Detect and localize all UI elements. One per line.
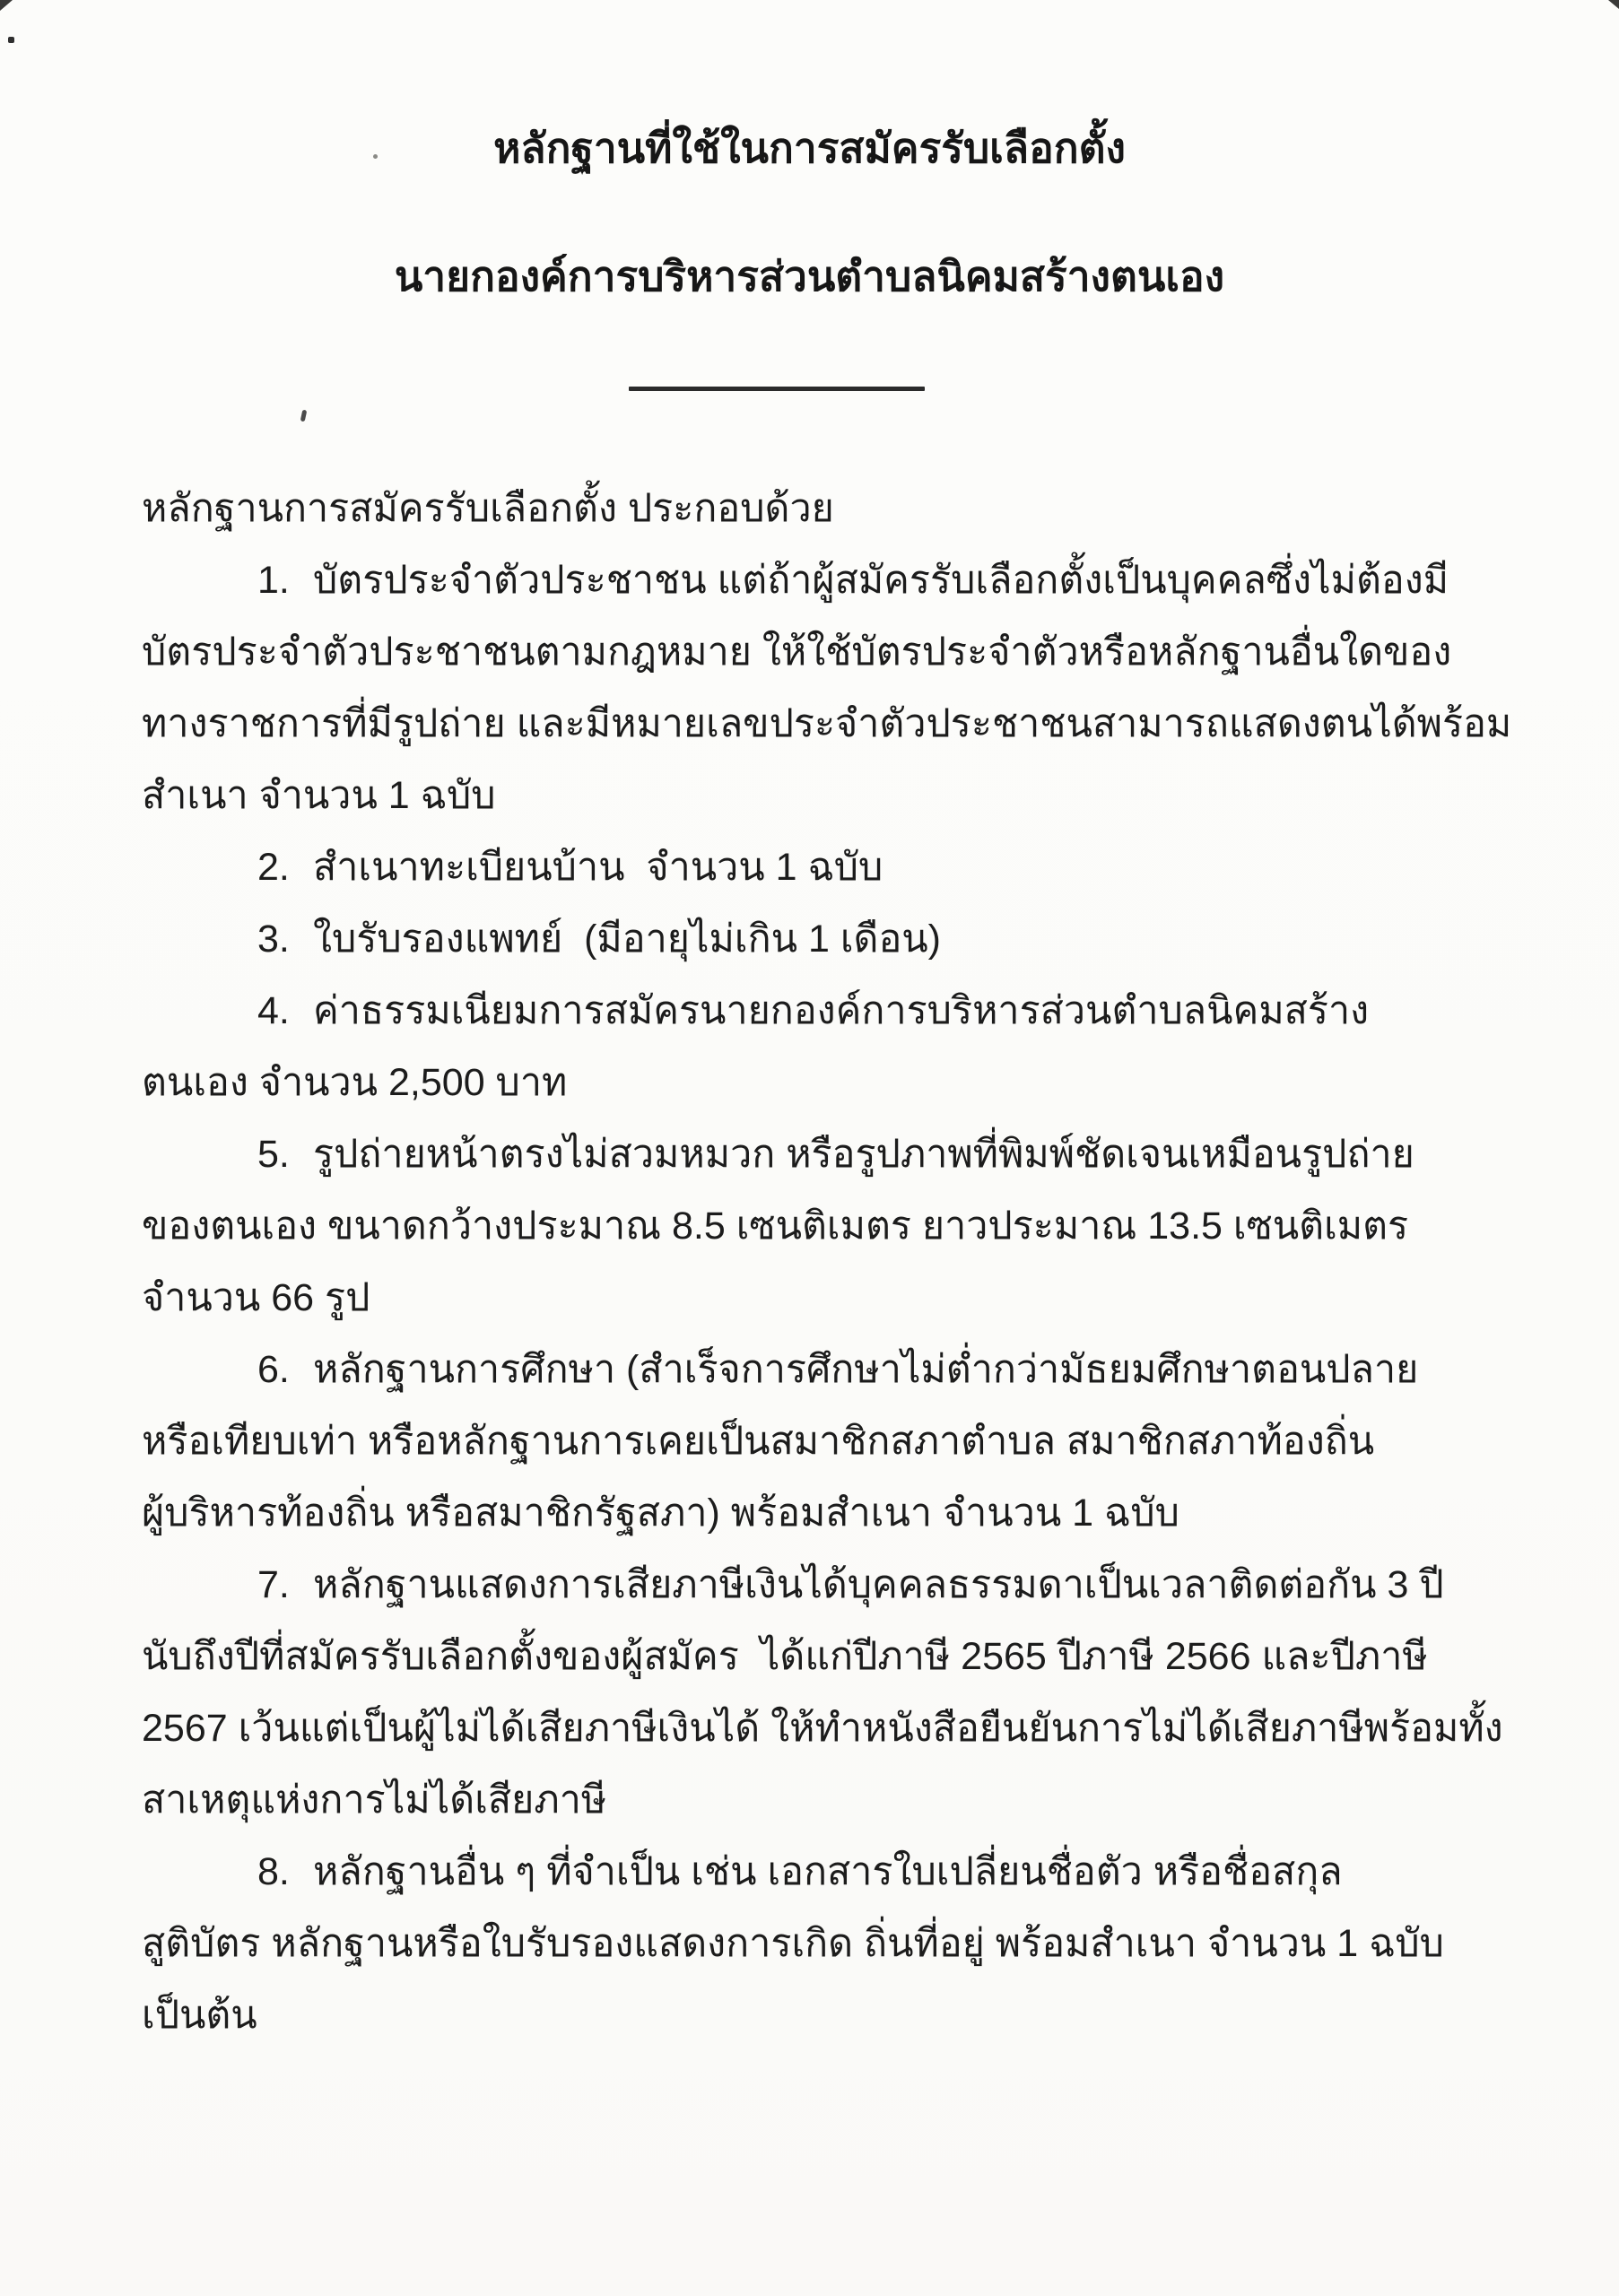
scanned-document-page: หลักฐานที่ใช้ในการสมัครรับเลือกตั้ง นายก… bbox=[0, 0, 1619, 2296]
document-line: ทางราชการที่มีรูปถ่าย และมีหมายเลขประจำต… bbox=[142, 688, 1511, 760]
item-number: 4. bbox=[257, 975, 313, 1047]
document-line: หลักฐานการสมัครรับเลือกตั้ง ประกอบด้วย bbox=[142, 473, 1511, 544]
line-text: บัตรประจำตัวประชาชน แต่ถ้าผู้สมัครรับเลื… bbox=[313, 559, 1449, 602]
document-line: 1.บัตรประจำตัวประชาชน แต่ถ้าผู้สมัครรับเ… bbox=[142, 544, 1511, 616]
line-text: นับถึงปีที่สมัครรับเลือกตั้งของผู้สมัคร … bbox=[142, 1635, 1428, 1678]
line-text: รูปถ่ายหน้าตรงไม่สวมหมวก หรือรูปภาพที่พิ… bbox=[313, 1133, 1414, 1176]
line-text: หลักฐานการสมัครรับเลือกตั้ง ประกอบด้วย bbox=[142, 487, 834, 530]
line-text: ค่าธรรมเนียมการสมัครนายกองค์การบริหารส่ว… bbox=[313, 989, 1369, 1032]
document-line: 6.หลักฐานการศึกษา (สำเร็จการศึกษาไม่ต่ำก… bbox=[142, 1334, 1511, 1405]
scan-corner-artifact bbox=[0, 0, 13, 11]
line-text: หลักฐานการศึกษา (สำเร็จการศึกษาไม่ต่ำกว่… bbox=[313, 1348, 1418, 1391]
item-number: 5. bbox=[257, 1118, 313, 1190]
scan-speck bbox=[300, 410, 308, 422]
document-line: 8.หลักฐานอื่น ๆ ที่จำเป็น เช่น เอกสารใบเ… bbox=[142, 1836, 1511, 1908]
document-line: ผู้บริหารท้องถิ่น หรือสมาชิกรัฐสภา) พร้อ… bbox=[142, 1477, 1511, 1549]
line-text: เป็นต้น bbox=[142, 1994, 257, 2037]
line-text: สำเนา จำนวน 1 ฉบับ bbox=[142, 774, 496, 817]
document-line: 7.หลักฐานแสดงการเสียภาษีเงินได้บุคคลธรรม… bbox=[142, 1549, 1511, 1621]
document-line: บัตรประจำตัวประชาชนตามกฎหมาย ให้ใช้บัตรป… bbox=[142, 616, 1511, 688]
document-body: หลักฐานการสมัครรับเลือกตั้ง ประกอบด้วย1.… bbox=[142, 473, 1511, 2051]
document-line: 5.รูปถ่ายหน้าตรงไม่สวมหมวก หรือรูปภาพที่… bbox=[142, 1118, 1511, 1190]
document-title-line1: หลักฐานที่ใช้ในการสมัครรับเลือกตั้ง bbox=[0, 112, 1619, 184]
scan-speck bbox=[8, 37, 14, 43]
line-text: หลักฐานแสดงการเสียภาษีเงินได้บุคคลธรรมดา… bbox=[313, 1563, 1444, 1606]
line-text: สำเนาทะเบียนบ้าน จำนวน 1 ฉบับ bbox=[313, 846, 883, 889]
line-text: ของตนเอง ขนาดกว้างประมาณ 8.5 เซนติเมตร ย… bbox=[142, 1205, 1408, 1248]
line-text: หลักฐานอื่น ๆ ที่จำเป็น เช่น เอกสารใบเปล… bbox=[313, 1850, 1343, 1893]
document-line: สำเนา จำนวน 1 ฉบับ bbox=[142, 760, 1511, 831]
item-number: 2. bbox=[257, 831, 313, 903]
document-line: 2567 เว้นแต่เป็นผู้ไม่ได้เสียภาษีเงินได้… bbox=[142, 1692, 1511, 1764]
line-text: จำนวน 66 รูป bbox=[142, 1276, 370, 1319]
line-text: ใบรับรองแพทย์ (มีอายุไม่เกิน 1 เดือน) bbox=[313, 918, 941, 961]
line-text: สูติบัตร หลักฐานหรือใบรับรองแสดงการเกิด … bbox=[142, 1922, 1444, 1965]
document-line: 4.ค่าธรรมเนียมการสมัครนายกองค์การบริหารส… bbox=[142, 975, 1511, 1047]
item-number: 3. bbox=[257, 903, 313, 975]
item-number: 1. bbox=[257, 544, 313, 616]
line-text: หรือเทียบเท่า หรือหลักฐานการเคยเป็นสมาชิ… bbox=[142, 1420, 1374, 1463]
document-line: ตนเอง จำนวน 2,500 บาท bbox=[142, 1047, 1511, 1118]
document-line: 2.สำเนาทะเบียนบ้าน จำนวน 1 ฉบับ bbox=[142, 831, 1511, 903]
document-line: เป็นต้น bbox=[142, 1979, 1511, 2051]
document-title-line2: นายกองค์การบริหารส่วนตำบลนิคมสร้างตนเอง bbox=[0, 240, 1619, 312]
line-text: สาเหตุแห่งการไม่ได้เสียภาษี bbox=[142, 1779, 606, 1822]
line-text: บัตรประจำตัวประชาชนตามกฎหมาย ให้ใช้บัตรป… bbox=[142, 631, 1451, 674]
line-text: ทางราชการที่มีรูปถ่าย และมีหมายเลขประจำต… bbox=[142, 702, 1511, 745]
document-line: นับถึงปีที่สมัครรับเลือกตั้งของผู้สมัคร … bbox=[142, 1621, 1511, 1692]
scan-corner-artifact bbox=[1608, 0, 1619, 9]
line-text: ตนเอง จำนวน 2,500 บาท bbox=[142, 1061, 567, 1104]
document-line: สาเหตุแห่งการไม่ได้เสียภาษี bbox=[142, 1764, 1511, 1836]
item-number: 6. bbox=[257, 1334, 313, 1405]
document-line: ของตนเอง ขนาดกว้างประมาณ 8.5 เซนติเมตร ย… bbox=[142, 1190, 1511, 1262]
item-number: 7. bbox=[257, 1549, 313, 1621]
item-number: 8. bbox=[257, 1836, 313, 1908]
document-line: 3.ใบรับรองแพทย์ (มีอายุไม่เกิน 1 เดือน) bbox=[142, 903, 1511, 975]
document-line: สูติบัตร หลักฐานหรือใบรับรองแสดงการเกิด … bbox=[142, 1908, 1511, 1979]
line-text: ผู้บริหารท้องถิ่น หรือสมาชิกรัฐสภา) พร้อ… bbox=[142, 1492, 1179, 1535]
document-line: หรือเทียบเท่า หรือหลักฐานการเคยเป็นสมาชิ… bbox=[142, 1405, 1511, 1477]
line-text: 2567 เว้นแต่เป็นผู้ไม่ได้เสียภาษีเงินได้… bbox=[142, 1707, 1503, 1750]
title-divider-rule bbox=[629, 387, 925, 391]
document-line: จำนวน 66 รูป bbox=[142, 1262, 1511, 1334]
